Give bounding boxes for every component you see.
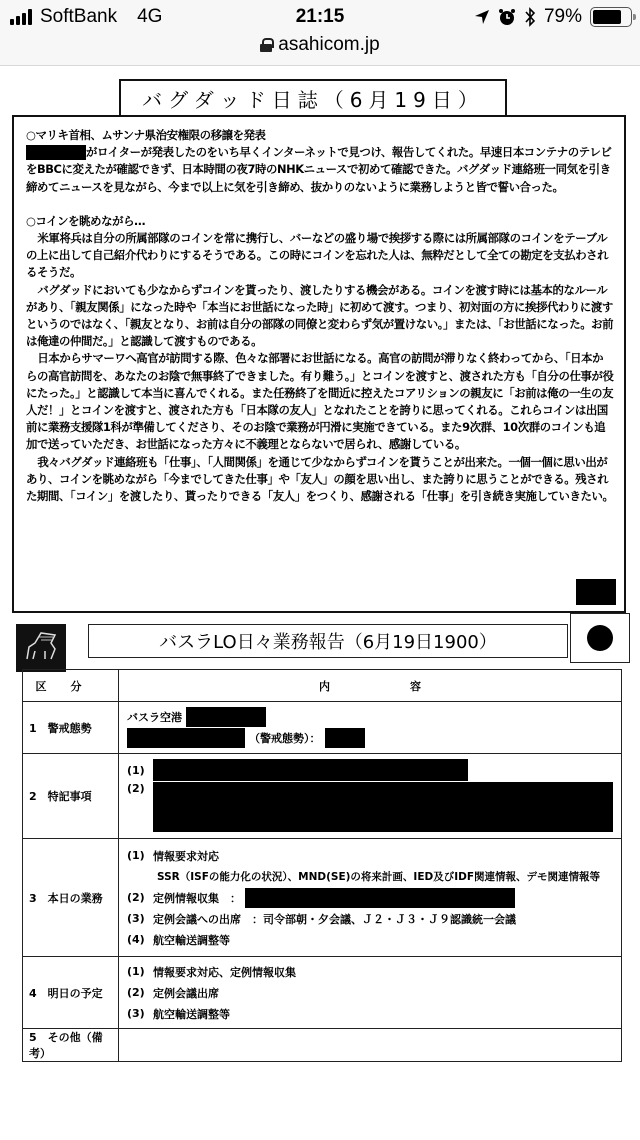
row-content: (1) (2): [119, 754, 622, 839]
redaction-block: [325, 728, 365, 748]
item-text: 定例会議出席: [153, 985, 219, 1001]
row-category: 4 明日の予定: [23, 957, 119, 1029]
winged-lion-icon: [21, 629, 61, 667]
row-category: 1 警戒態勢: [23, 702, 119, 754]
diary-paragraph: バグダッドにおいても少なからずコインを貰ったり、渡したりする機会がある。コインを…: [26, 282, 614, 351]
diary-paragraph: 日本からサマーワへ高官が訪問する際、色々な部署にお世話になる。高官の訪問が滞りな…: [26, 350, 614, 453]
section1-body: がロイターが発表したのをいち早くインターネットで見つけ、報告してくれた。早速日本…: [26, 144, 614, 196]
item-number: (1): [127, 965, 149, 978]
stamp-dot-icon: [587, 625, 613, 651]
address-bar[interactable]: asahicom.jp: [0, 34, 640, 56]
item-text: 情報要求対応: [153, 848, 219, 864]
table-row: 5 その他（備考）: [23, 1029, 622, 1062]
battery-icon: [590, 7, 632, 27]
status-bar: SoftBank 4G 21:15 79%: [0, 6, 640, 32]
redaction-block: [26, 145, 86, 160]
alarm-icon: [498, 8, 516, 26]
item-text: 情報要求対応、定例情報収集: [153, 964, 296, 980]
report-title: バスラLO日々業務報告（6月19日1900）: [88, 624, 568, 658]
signature-redaction: [576, 579, 616, 605]
section1-text: がロイターが発表したのをいち早くインターネットで見つけ、報告してくれた。早速日本…: [26, 145, 612, 193]
section2-heading: ○コインを眺めながら…: [26, 213, 614, 230]
item-number: (2): [127, 782, 149, 795]
table-row: 2 特記事項 (1) (2): [23, 754, 622, 839]
item-number: (1): [127, 764, 149, 777]
row-content: [119, 1029, 622, 1062]
url-domain[interactable]: asahicom.jp: [278, 34, 379, 56]
item-number: (3): [127, 1007, 149, 1020]
item-text: 定例情報収集 ：: [153, 890, 241, 906]
header-content: 内容: [119, 670, 622, 702]
lock-icon: [260, 38, 272, 52]
redaction-block: [186, 707, 266, 727]
redaction-block: [153, 782, 613, 832]
table-header-row: 区分 内容: [23, 670, 622, 702]
table-row: 1 警戒態勢 バスラ空港 （警戒態勢）：: [23, 702, 622, 754]
header-category: 区分: [23, 670, 119, 702]
redaction-block: [153, 759, 468, 781]
alert-status-label: （警戒態勢）：: [249, 730, 321, 746]
row-content: バスラ空港 （警戒態勢）：: [119, 702, 622, 754]
item-text: SSR（ISFの能力化の状況）、MND(SE)の将来計画、IED及びIDF関連情…: [157, 869, 600, 884]
battery-percent: 79%: [544, 6, 582, 28]
item-text: 定例会議への出席 ：司令部朝・夕会議、Ｊ２・Ｊ３・Ｊ９認識統一会議: [153, 911, 516, 927]
row-category: 2 特記事項: [23, 754, 119, 839]
section1-heading: ○マリキ首相、ムサンナ県治安権限の移譲を発表: [26, 127, 614, 144]
unit-emblem: [16, 624, 66, 672]
bluetooth-icon: [524, 7, 536, 27]
row-content: (1)情報要求対応 SSR（ISFの能力化の状況）、MND(SE)の将来計画、I…: [119, 839, 622, 957]
document-page: バグダッド日誌（6月19日） ○マリキ首相、ムサンナ県治安権限の移譲を発表 がロ…: [0, 67, 640, 1140]
browser-chrome: SoftBank 4G 21:15 79% asahicom.jp: [0, 0, 640, 66]
item-text: 航空輸送調整等: [153, 932, 230, 948]
redaction-block: [127, 728, 245, 748]
row-category: 3 本日の業務: [23, 839, 119, 957]
diary-body: ○マリキ首相、ムサンナ県治安権限の移譲を発表 がロイターが発表したのをいち早くイ…: [12, 115, 626, 613]
row-content: (1)情報要求対応、定例情報収集 (2)定例会議出席 (3)航空輸送調整等: [119, 957, 622, 1029]
item-text: 航空輸送調整等: [153, 1006, 230, 1022]
diary-paragraph: 我々バグダッド連絡班も「仕事」、「人間関係」を通じて少なからずコインを貰うことが…: [26, 454, 614, 506]
location-arrow-icon: [474, 9, 490, 25]
table-row: 3 本日の業務 (1)情報要求対応 SSR（ISFの能力化の状況）、MND(SE…: [23, 839, 622, 957]
classification-stamp: [570, 613, 630, 663]
item-number: (2): [127, 891, 149, 904]
item-number: (1): [127, 849, 149, 862]
diary-title: バグダッド日誌（6月19日）: [119, 79, 507, 117]
report-table: 区分 内容 1 警戒態勢 バスラ空港 （警戒態勢）： 2 特記事項 (1) (2…: [22, 669, 622, 1062]
diary-paragraph: 米軍将兵は自分の所属部隊のコインを常に携行し、バーなどの盛り場で挨拶する際には所…: [26, 230, 614, 282]
airport-label: バスラ空港: [127, 709, 182, 725]
row-category: 5 その他（備考）: [23, 1029, 119, 1062]
redaction-block: [245, 888, 515, 908]
item-number: (2): [127, 986, 149, 999]
item-number: (4): [127, 933, 149, 946]
item-number: (3): [127, 912, 149, 925]
table-row: 4 明日の予定 (1)情報要求対応、定例情報収集 (2)定例会議出席 (3)航空…: [23, 957, 622, 1029]
